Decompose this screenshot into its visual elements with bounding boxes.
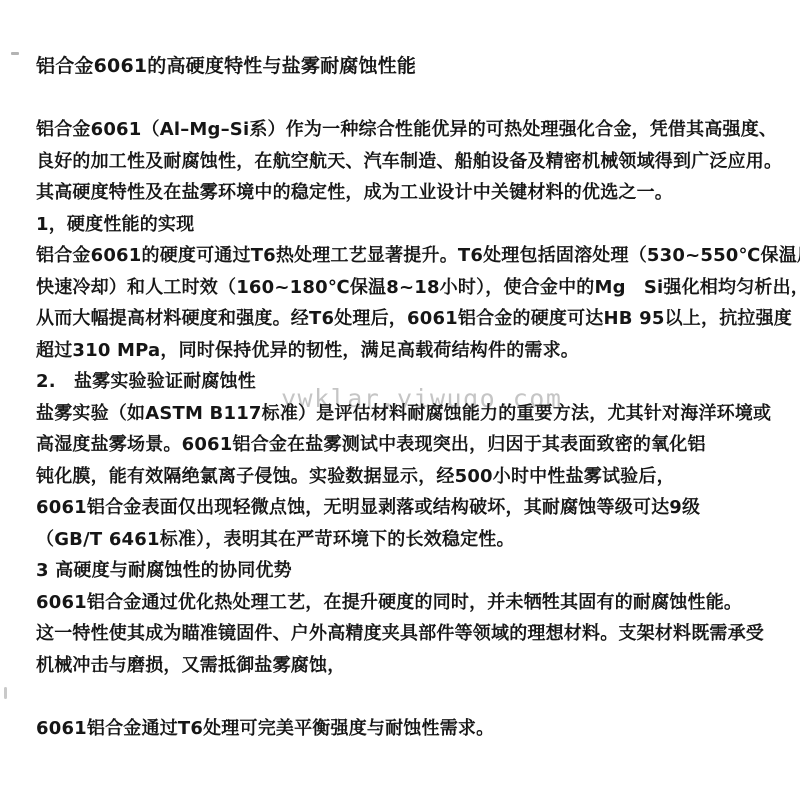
doc-body-line: 铝合金6061（Al–Mg–Si系）作为一种综合性能优异的可热处理强化合金，凭借… [36,114,782,146]
doc-body-line: 从而大幅提高材料硬度和强度。经T6处理后，6061铝合金的硬度可达HB 95以上… [36,303,782,335]
doc-body-line: 超过310 MPa，同时保持优异的韧性，满足高载荷结构件的需求。 [36,335,782,367]
doc-body-line: 快速冷却）和人工时效（160~180℃保温8~18小时），使合金中的Mg Si强… [36,272,782,304]
document-text-block: 铝合金6061的高硬度特性与盐雾耐腐蚀性能铝合金6061（Al–Mg–Si系）作… [36,51,782,744]
doc-body-line: 良好的加工性及耐腐蚀性，在航空航天、汽车制造、船舶设备及精密机械领域得到广泛应用… [36,146,782,178]
doc-blank-line [36,681,782,713]
doc-body-line: 盐雾实验（如ASTM B117标准）是评估材料耐腐蚀能力的重要方法，尤其针对海洋… [36,398,782,430]
doc-body-line: 其高硬度特性及在盐雾环境中的稳定性，成为工业设计中关键材料的优选之一。 [36,177,782,209]
doc-body-line: 高湿度盐雾场景。6061铝合金在盐雾测试中表现突出，归因于其表面致密的氧化铝 [36,429,782,461]
doc-body-line: 6061铝合金表面仅出现轻微点蚀，无明显剥落或结构破坏，其耐腐蚀等级可达9级 [36,492,782,524]
doc-body-line: 钝化膜，能有效隔绝氯离子侵蚀。实验数据显示，经500小时中性盐雾试验后， [36,461,782,493]
doc-heading-line: 2. 盐雾实验验证耐腐蚀性 [36,366,782,398]
doc-body-line: 机械冲击与磨损，又需抵御盐雾腐蚀， [36,650,782,682]
doc-blank-line [36,83,782,115]
doc-body-line: 铝合金6061的硬度可通过T6热处理工艺显著提升。T6处理包括固溶处理（530~… [36,240,782,272]
doc-body-line: 这一特性使其成为瞄准镜固件、户外高精度夹具部件等领域的理想材料。支架材料既需承受 [36,618,782,650]
doc-title-line: 铝合金6061的高硬度特性与盐雾耐腐蚀性能 [36,51,782,83]
doc-body-line: （GB/T 6461标准），表明其在严苛环境下的长效稳定性。 [36,524,782,556]
document-page: ywklar.yiwugo.com 铝合金6061的高硬度特性与盐雾耐腐蚀性能铝… [0,0,800,800]
scan-artifact-smudge [4,687,7,699]
scan-artifact-dot [11,52,19,55]
doc-heading-line: 3 高硬度与耐腐蚀性的协同优势 [36,555,782,587]
doc-body-line: 6061铝合金通过优化热处理工艺，在提升硬度的同时，并未牺牲其固有的耐腐蚀性能。 [36,587,782,619]
doc-heading-line: 1，硬度性能的实现 [36,209,782,241]
doc-body-line: 6061铝合金通过T6处理可完美平衡强度与耐蚀性需求。 [36,713,782,745]
